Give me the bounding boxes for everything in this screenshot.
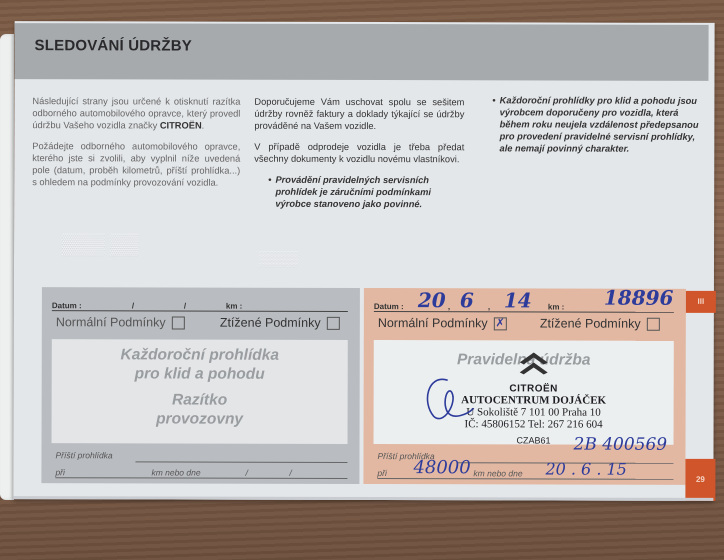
intro-paragraph-4: V případě odprodeje vozidla je třeba pře… [254, 141, 464, 166]
date-year-value: 14 [504, 288, 532, 312]
signature-icon [418, 372, 478, 428]
conditions-row: Normální Podmínky ✗ Ztížené Podmínky [378, 316, 674, 335]
brand-name: CITROËN [160, 120, 202, 130]
km-label: km : [226, 302, 242, 311]
hard-conditions-option[interactable]: Ztížené Podmínky [220, 316, 340, 330]
date-separator: / [184, 302, 186, 311]
service-book-page: SLEDOVÁNÍ ÚDRŽBY Následující strany jsou… [13, 21, 714, 501]
intro-paragraph-2: Požádejte odborného automobilového oprav… [32, 140, 240, 189]
stamp-title-line-2: pro klid a pohodu [52, 364, 348, 384]
dealer-code-row: CZAB61 2B 400569 [424, 430, 644, 449]
show-through-text: ▒▒▒ ▒▒ [62, 233, 138, 256]
header-band: SLEDOVÁNÍ ÚDRŽBY [14, 23, 708, 81]
left-page-edge [0, 34, 14, 500]
next-km-value: 48000 [413, 457, 470, 478]
stamp-area: Každoroční prohlídka pro klid a pohodu R… [52, 339, 348, 444]
stamp-title: Každoroční prohlídka [52, 345, 348, 365]
intro-paragraph-3: Doporučujeme Vám uschovat spolu se sešit… [254, 96, 464, 133]
km-label: km : [548, 302, 564, 311]
mandatory-note: • Provádění pravidelných servisních proh… [268, 174, 464, 211]
bullet-icon: • [492, 94, 495, 154]
normal-conditions-checkbox[interactable] [172, 316, 185, 329]
page-title: SLEDOVÁNÍ ÚDRŽBY [35, 37, 192, 54]
next-check-km-date-row: při km nebo dne / / [55, 465, 347, 479]
annual-note: • Každoroční prohlídky pro klid a pohodu… [492, 94, 702, 155]
normal-conditions-option[interactable]: Normální Podmínky ✗ [378, 316, 507, 330]
date-label: Datum : [374, 302, 404, 311]
hard-conditions-checkbox[interactable] [647, 317, 660, 330]
normal-conditions-checkbox[interactable]: ✗ [494, 317, 507, 330]
stamp-hint-line-2: provozovny [52, 409, 348, 429]
km-value: 18896 [604, 286, 674, 310]
citroen-chevron-logo-icon [514, 348, 554, 378]
intro-column-1: Následující strany jsou určené k otisknu… [32, 95, 240, 198]
intro-paragraph-1: Následující strany jsou určené k otisknu… [32, 95, 240, 132]
dealer-stamp: CITROËN AUTOCENTRUM DOJÁČEK U Sokoliště … [424, 348, 644, 445]
regular-maintenance-card: Datum : 20 , 6 , 14 km : 18896 Normální … [363, 288, 686, 485]
chapter-tab: III [686, 291, 716, 313]
date-separator: / [132, 301, 134, 310]
date-km-row: Datum : 20 , 6 , 14 km : 18896 [374, 297, 674, 313]
date-day-value: 20 [418, 288, 446, 312]
dealer-code: CZAB61 [517, 435, 551, 445]
conditions-row: Normální Podmínky Ztížené Podmínky [56, 315, 348, 334]
normal-conditions-option[interactable]: Normální Podmínky [56, 315, 185, 329]
annual-check-card: Datum : / / km : Normální Podmínky Ztíže… [41, 287, 360, 484]
date-month-value: 6 [460, 288, 474, 312]
next-check-km-date-row: při 48000 km nebo dne 20 . 6 . 15 [377, 466, 673, 480]
show-through-text: ▒▒▒▒ [259, 250, 299, 266]
intro-column-2: Doporučujeme Vám uschovat spolu se sešit… [254, 96, 464, 211]
bullet-icon: • [268, 174, 271, 210]
next-check-row: Příští prohlídka [55, 450, 347, 463]
page-number: 29 [685, 459, 715, 501]
intro-column-3: • Každoroční prohlídky pro klid a pohodu… [492, 94, 702, 155]
stamp-area: Pravidelná údržba CITROËN AUTOCENTRUM DO… [374, 340, 674, 445]
date-km-row: Datum : / / km : [52, 296, 348, 312]
stamp-hint: Razítko [52, 390, 348, 410]
date-label: Datum : [52, 301, 82, 310]
hard-conditions-checkbox[interactable] [327, 316, 340, 329]
hard-conditions-option[interactable]: Ztížené Podmínky [540, 316, 660, 330]
next-date-value: 20 . 6 . 15 [545, 459, 626, 478]
